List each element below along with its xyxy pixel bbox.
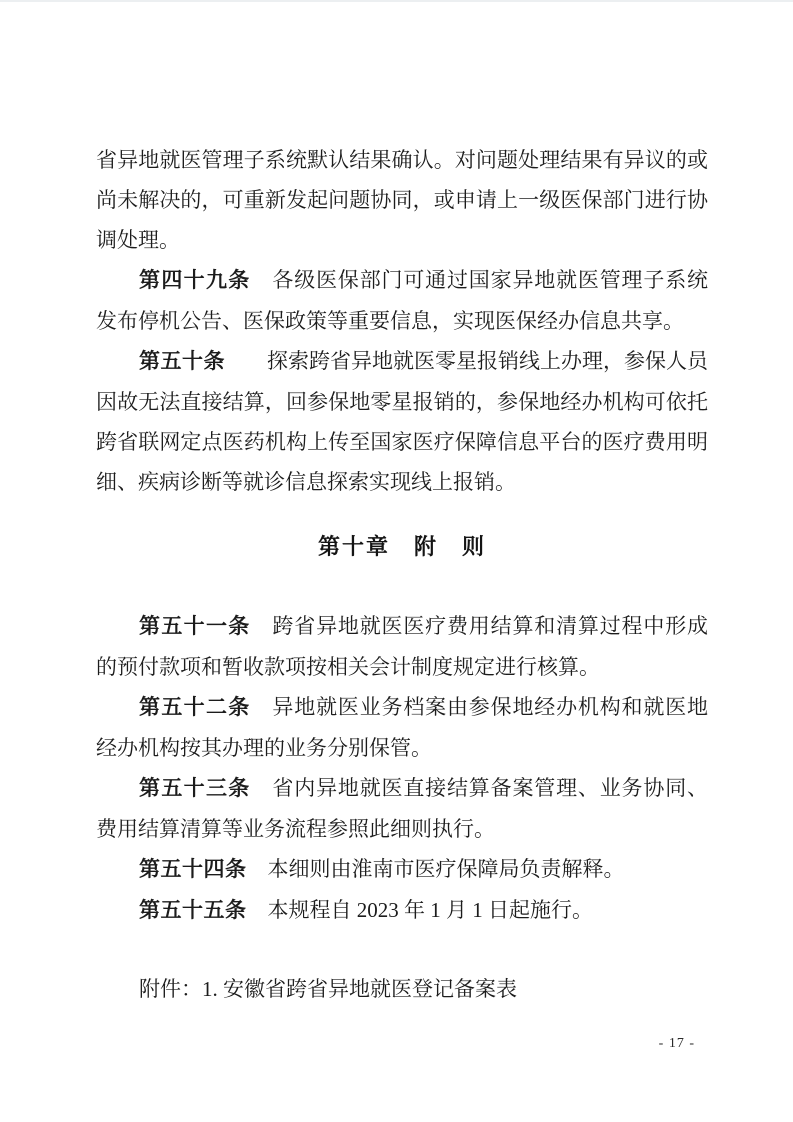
article-number: 第五十二条 xyxy=(139,696,251,719)
article-number: 第四十九条 xyxy=(139,269,251,292)
article-number: 第五十一条 xyxy=(139,615,251,638)
continuation-paragraph: 省异地就医管理子系统默认结果确认。对问题处理结果有异议的或尚未解决的，可重新发起… xyxy=(96,140,708,260)
article-text: 本规程自 2023 年 1 月 1 日起施行。 xyxy=(247,898,594,922)
chapter-heading: 第十章 附 则 xyxy=(96,526,708,568)
article-paragraph: 第五十三条 省内异地就医直接结算备案管理、业务协同、费用结算清算等业务流程参照此… xyxy=(96,768,708,849)
article-text: 本细则由淮南市医疗保障局负责解释。 xyxy=(247,857,625,881)
article-paragraph: 第四十九条 各级医保部门可通过国家异地就医管理子系统发布停机公告、医保政策等重要… xyxy=(96,260,708,341)
attachment-line: 附件：1. 安徽省跨省异地就医登记备案表 xyxy=(96,969,708,1009)
article-paragraph: 第五十条 探索跨省异地就医零星报销线上办理，参保人员因故无法直接结算，回参保地零… xyxy=(96,341,708,502)
article-paragraph: 第五十四条 本细则由淮南市医疗保障局负责解释。 xyxy=(96,849,708,890)
article-paragraph: 第五十二条 异地就医业务档案由参保地经办机构和就医地经办机构按其办理的业务分别保… xyxy=(96,687,708,768)
article-number: 第五十条 xyxy=(139,350,225,373)
article-number: 第五十五条 xyxy=(139,899,247,922)
document-body: 省异地就医管理子系统默认结果确认。对问题处理结果有异议的或尚未解决的，可重新发起… xyxy=(96,140,708,1009)
document-page: 省异地就医管理子系统默认结果确认。对问题处理结果有异议的或尚未解决的，可重新发起… xyxy=(0,0,793,1122)
article-number: 第五十四条 xyxy=(139,858,247,881)
page-number: - 17 - xyxy=(659,1036,695,1052)
article-paragraph: 第五十一条 跨省异地就医医疗费用结算和清算过程中形成的预付款项和暂收款项按相关会… xyxy=(96,606,708,687)
article-paragraph: 第五十五条 本规程自 2023 年 1 月 1 日起施行。 xyxy=(96,890,708,931)
article-number: 第五十三条 xyxy=(139,777,251,800)
